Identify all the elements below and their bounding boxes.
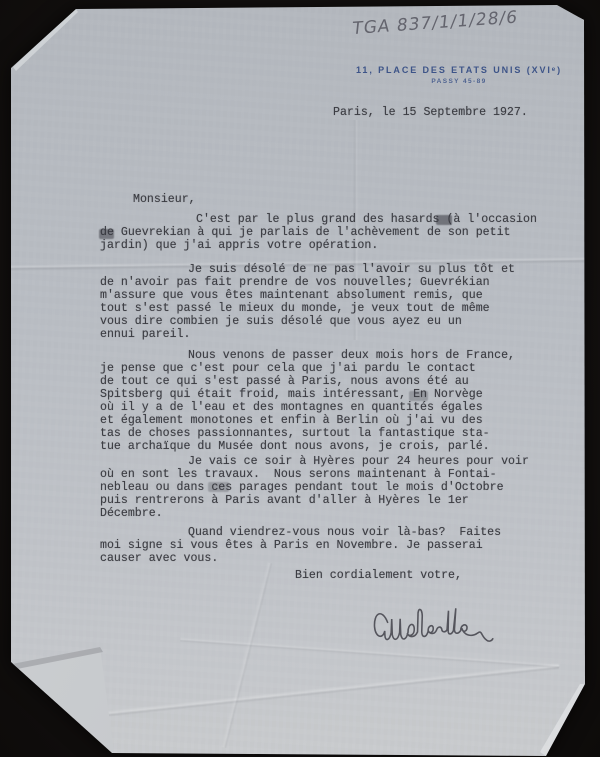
typewriter-overstrike-mark	[99, 229, 114, 239]
typed-line: de Guevrekian à qui je parlais de l'achè…	[100, 226, 550, 239]
typed-line: jardin) que j'ai appris votre opération.	[100, 239, 550, 252]
photo-background: TGA 837/1/1/28/6 11, PLACE DES ETATS UNI…	[0, 0, 600, 757]
typed-line: nebleau ou dans ces parages pendant tout…	[100, 481, 550, 494]
bottom-crease	[217, 561, 275, 748]
bottom-crease	[41, 661, 559, 725]
paragraph-2: Je suis désolé de ne pas l'avoir su plus…	[100, 263, 550, 341]
signature-scrawl	[371, 597, 505, 660]
typed-line: où il y a de l'eau et des montagnes en q…	[100, 401, 550, 414]
archive-reference-number: TGA 837/1/1/28/6	[351, 3, 583, 39]
typed-line: et également monotones et enfin à Berlin…	[100, 414, 550, 427]
typed-line: où en sont les travaux. Nous serons main…	[100, 468, 550, 481]
typed-line: Nous venons de passer deux mois hors de …	[100, 349, 550, 362]
typed-line: C'est par le plus grand des hasards (à l…	[100, 213, 550, 226]
typed-line: causer avec vous.	[100, 552, 550, 565]
typed-line: tue archaïque du Musée dont nous avons, …	[100, 440, 550, 453]
letter-paper: TGA 837/1/1/28/6 11, PLACE DES ETATS UNI…	[0, 0, 600, 757]
typewriter-overstrike-mark	[208, 482, 229, 492]
printed-letterhead: 11, PLACE DES ETATS UNIS (XVIᵉ) PASSY 45…	[333, 65, 585, 85]
salutation: Monsieur,	[133, 193, 196, 206]
typed-line: ennui pareil.	[100, 328, 550, 341]
dateline: Paris, le 15 Septembre 1927.	[333, 106, 528, 119]
typed-line: moi signe si vous êtes à Paris en Novemb…	[100, 539, 550, 552]
paragraph-3: Nous venons de passer deux mois hors de …	[100, 349, 550, 453]
typed-line: je pense que c'est pour cela que j'ai pa…	[100, 362, 550, 375]
typed-line: Je vais ce soir à Hyères pour 24 heures …	[100, 455, 550, 468]
closing-line: Bien cordialement votre,	[295, 569, 462, 582]
typed-line: tout s'est passé le mieux du monde, je v…	[100, 302, 550, 315]
paragraph-1: C'est par le plus grand des hasards (à l…	[100, 213, 550, 252]
typed-line: puis rentrerons à Paris avant d'aller à …	[100, 494, 550, 507]
typed-line: m'assure que vous êtes maintenant absolu…	[100, 289, 550, 302]
typed-line: Décembre.	[100, 507, 550, 520]
typed-line: Je suis désolé de ne pas l'avoir su plus…	[100, 263, 550, 276]
typed-line: Spitsberg qui était froid, mais intéress…	[100, 388, 550, 401]
paragraph-5: Quand viendrez-vous nous voir là-bas? Fa…	[100, 526, 550, 565]
typewriter-overstrike-mark	[409, 391, 428, 401]
typed-line: de tout ce qui s'est passé à Paris, nous…	[100, 375, 550, 388]
letterhead-phone: PASSY 45-89	[333, 78, 585, 85]
typed-line: vous dire combien je suis désolé que vou…	[100, 315, 550, 328]
letter-paper-wrapper: TGA 837/1/1/28/6 11, PLACE DES ETATS UNI…	[0, 0, 600, 757]
letterhead-address: 11, PLACE DES ETATS UNIS (XVIᵉ)	[333, 65, 585, 75]
typewriter-overstrike-mark	[436, 215, 452, 225]
typed-line: tas de choses passionnantes, surtout la …	[100, 427, 550, 440]
paragraph-4: Je vais ce soir à Hyères pour 24 heures …	[100, 455, 550, 520]
typed-line: Quand viendrez-vous nous voir là-bas? Fa…	[100, 526, 550, 539]
typed-line: de n'avoir pas fait prendre de vos nouve…	[100, 276, 550, 289]
